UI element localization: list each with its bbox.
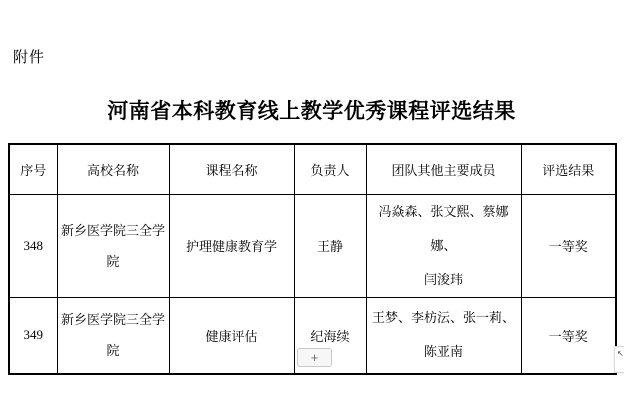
team-line: 冯焱森、张文熙、蔡娜娜、 xyxy=(367,195,521,263)
results-table: 序号 高校名称 课程名称 负责人 团队其他主要成员 评选结果 348 新乡医学院… xyxy=(8,143,617,375)
cell-index: 348 xyxy=(9,194,57,297)
add-row-button[interactable]: + xyxy=(297,348,332,367)
table-header-row: 序号 高校名称 课程名称 负责人 团队其他主要成员 评选结果 xyxy=(9,144,616,194)
table-tool-button[interactable]: ↖ xyxy=(614,346,624,373)
table-row: 348 新乡医学院三全学院 护理健康教育学 王静 冯焱森、张文熙、蔡娜娜、 闫浚… xyxy=(9,194,616,297)
team-line: 闫浚玮 xyxy=(367,263,521,297)
document-title: 河南省本科教育线上教学优秀课程评选结果 xyxy=(8,95,615,125)
header-cell-course: 课程名称 xyxy=(169,144,294,194)
cell-school: 新乡医学院三全学院 xyxy=(57,297,169,374)
cell-index: 349 xyxy=(9,297,57,374)
cell-result: 一等奖 xyxy=(521,297,616,374)
header-cell-team: 团队其他主要成员 xyxy=(366,144,521,194)
cell-result: 一等奖 xyxy=(521,194,616,297)
header-cell-leader: 负责人 xyxy=(294,144,366,194)
header-cell-result: 评选结果 xyxy=(521,144,616,194)
cell-leader: 王静 xyxy=(294,194,366,297)
team-line: 王梦、李枋沄、张一莉、 xyxy=(367,301,521,335)
cell-course: 健康评估 xyxy=(169,297,294,374)
cell-team: 王梦、李枋沄、张一莉、 陈亚南 xyxy=(366,297,521,374)
cell-course: 护理健康教育学 xyxy=(169,194,294,297)
plus-icon: + xyxy=(311,350,319,365)
team-line: 陈亚南 xyxy=(367,335,521,369)
cell-school: 新乡医学院三全学院 xyxy=(57,194,169,297)
resize-arrow-icon: ↖ xyxy=(615,347,624,359)
header-cell-index: 序号 xyxy=(9,144,57,194)
attachment-label: 附件 xyxy=(13,49,45,68)
header-cell-school: 高校名称 xyxy=(57,144,169,194)
cell-team: 冯焱森、张文熙、蔡娜娜、 闫浚玮 xyxy=(366,194,521,297)
